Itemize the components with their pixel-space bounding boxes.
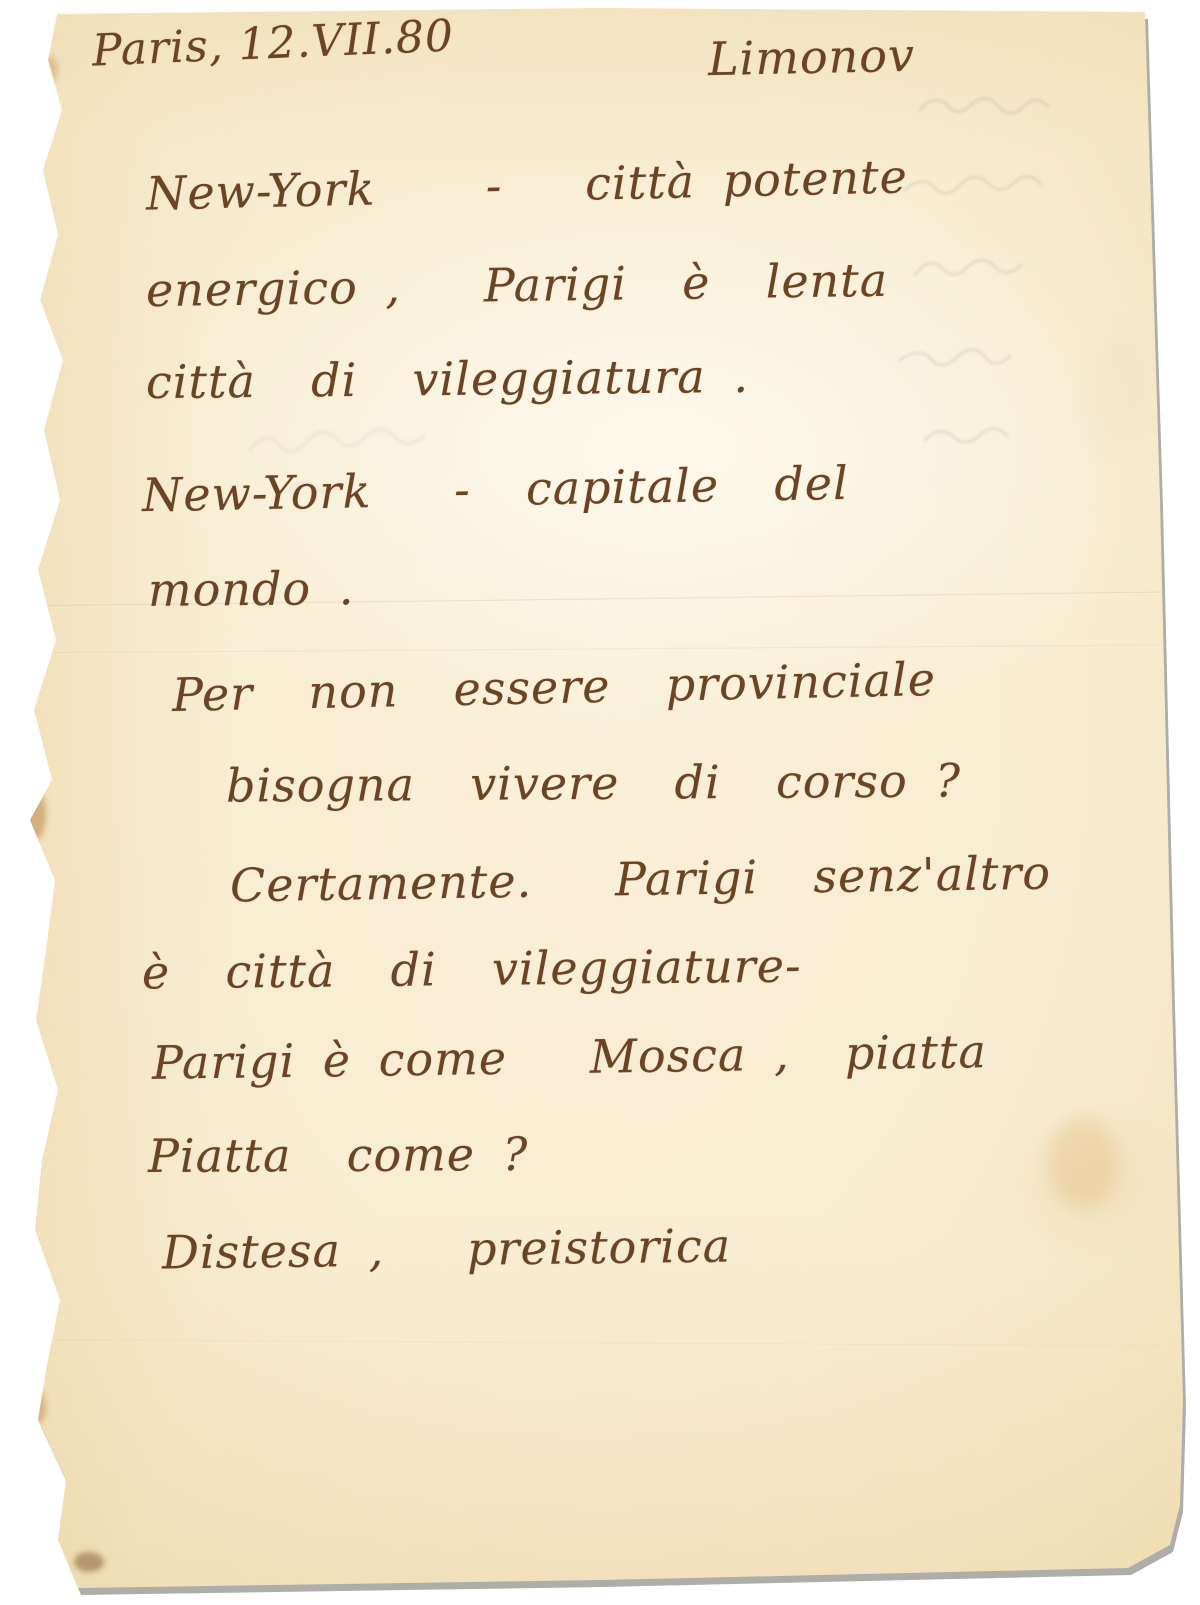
letter-line: mondo .: [148, 561, 355, 617]
letter-line: Per non essere provinciale: [172, 652, 937, 722]
letter-line: bisogna vivere di corso ?: [226, 753, 961, 812]
letter-line: New-York - capitale del: [142, 456, 850, 522]
letter-line: città di vileggiatura .: [146, 349, 749, 409]
letter-line: Piatta come ?: [148, 1127, 529, 1183]
letter-line: New-York - città potente: [145, 149, 908, 220]
letter-line: è città di vileggiature-: [142, 939, 802, 1000]
letter-line: Parigi è come Mosca , piatta: [152, 1024, 988, 1090]
letter-line: energico , Parigi è lenta: [146, 253, 889, 317]
letter-line: Certamente. Parigi senz'altro: [230, 846, 1052, 913]
letter-body: New-York - città potente energico , Pari…: [0, 0, 1200, 1605]
letter-paper: Paris, 12.VII.80 Limonov New-York - citt…: [0, 0, 1200, 1605]
letter-line: Distesa , preistorica: [162, 1219, 732, 1280]
